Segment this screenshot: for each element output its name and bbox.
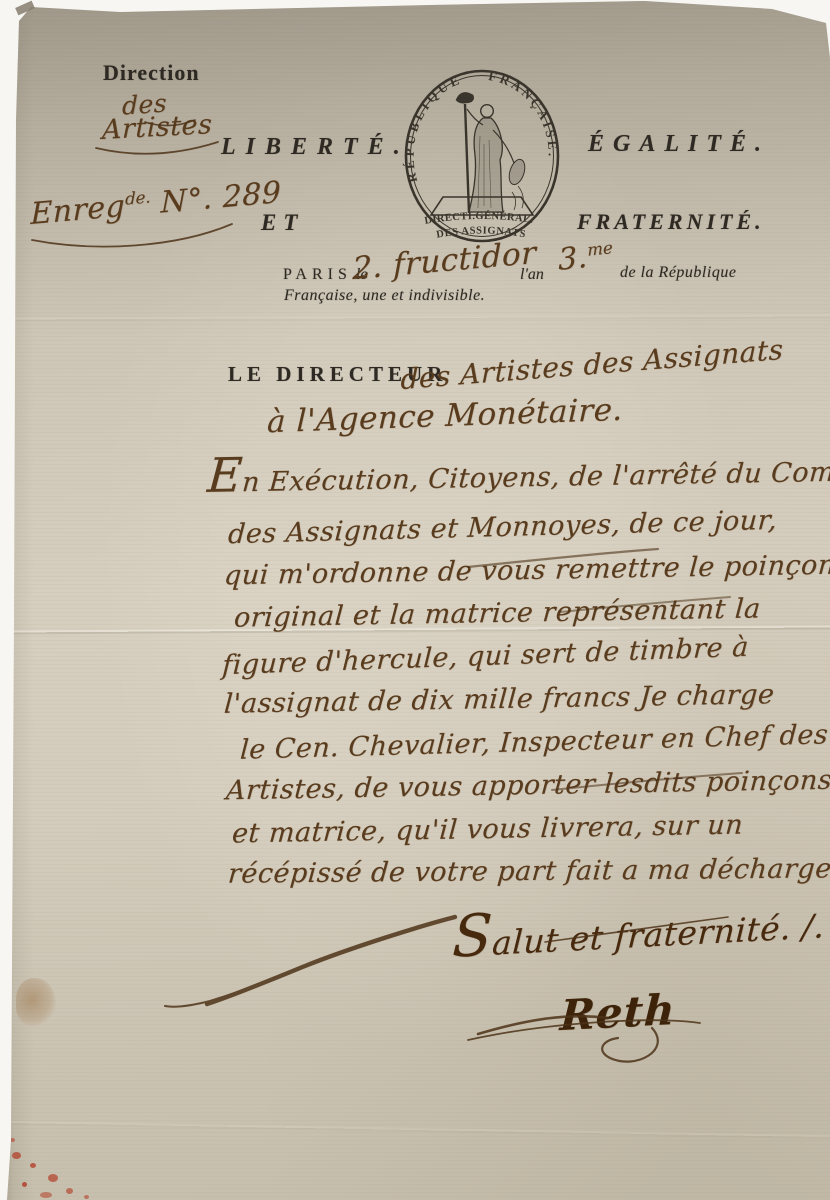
handwritten-artistes: Artistes <box>102 109 213 146</box>
wax-speck <box>10 1138 15 1142</box>
handwritten-year: 3.me <box>558 237 614 278</box>
year-number: 3. <box>558 240 589 278</box>
seal-base-text-1: DIRECTI.GÉNÉRAL. <box>424 210 534 227</box>
svg-text:RÉPUBLIQUE: RÉPUBLIQUE <box>401 71 464 184</box>
wax-speck <box>12 1152 21 1159</box>
wax-speck <box>40 1192 52 1198</box>
seal-ring-text-left: RÉPUBLIQUE <box>401 71 464 184</box>
svg-text:DIRECTI.GÉNÉRAL.: DIRECTI.GÉNÉRAL. <box>424 210 534 227</box>
wax-speck <box>84 1195 89 1199</box>
printed-direction-label: Direction <box>103 60 200 86</box>
dateline-printed-lan: l'an <box>520 266 544 284</box>
scanned-document: Direction des Artistes Enregde. N°. 289 … <box>0 0 830 1200</box>
wax-speck <box>22 1182 27 1187</box>
registry-superscript: de. <box>125 187 150 208</box>
wax-speck <box>30 1163 36 1168</box>
year-superscript: me <box>587 238 613 260</box>
republique-francaise-seal-icon: RÉPUBLIQUE FRANÇAISE. DIRECTI.GÉNÉRAL. D… <box>394 64 570 248</box>
dateline-printed-francaise: Française, une et indivisible. <box>284 287 485 305</box>
body-line: récépissé de votre part fait a ma déchar… <box>227 853 830 889</box>
motto-egalite: ÉGALITÉ. <box>588 131 770 158</box>
ink-stain <box>16 978 56 1026</box>
motto-liberte: LIBERTÉ. <box>221 134 410 161</box>
dateline-city: PARIS <box>283 266 352 283</box>
motto-fraternite: FRATERNITÉ. <box>577 209 765 235</box>
motto-et: ET <box>261 210 304 236</box>
dateline-printed-republique: de la République <box>620 264 736 282</box>
signature: Reth <box>559 985 677 1040</box>
wax-speck <box>66 1188 73 1194</box>
wax-speck <box>48 1174 58 1182</box>
